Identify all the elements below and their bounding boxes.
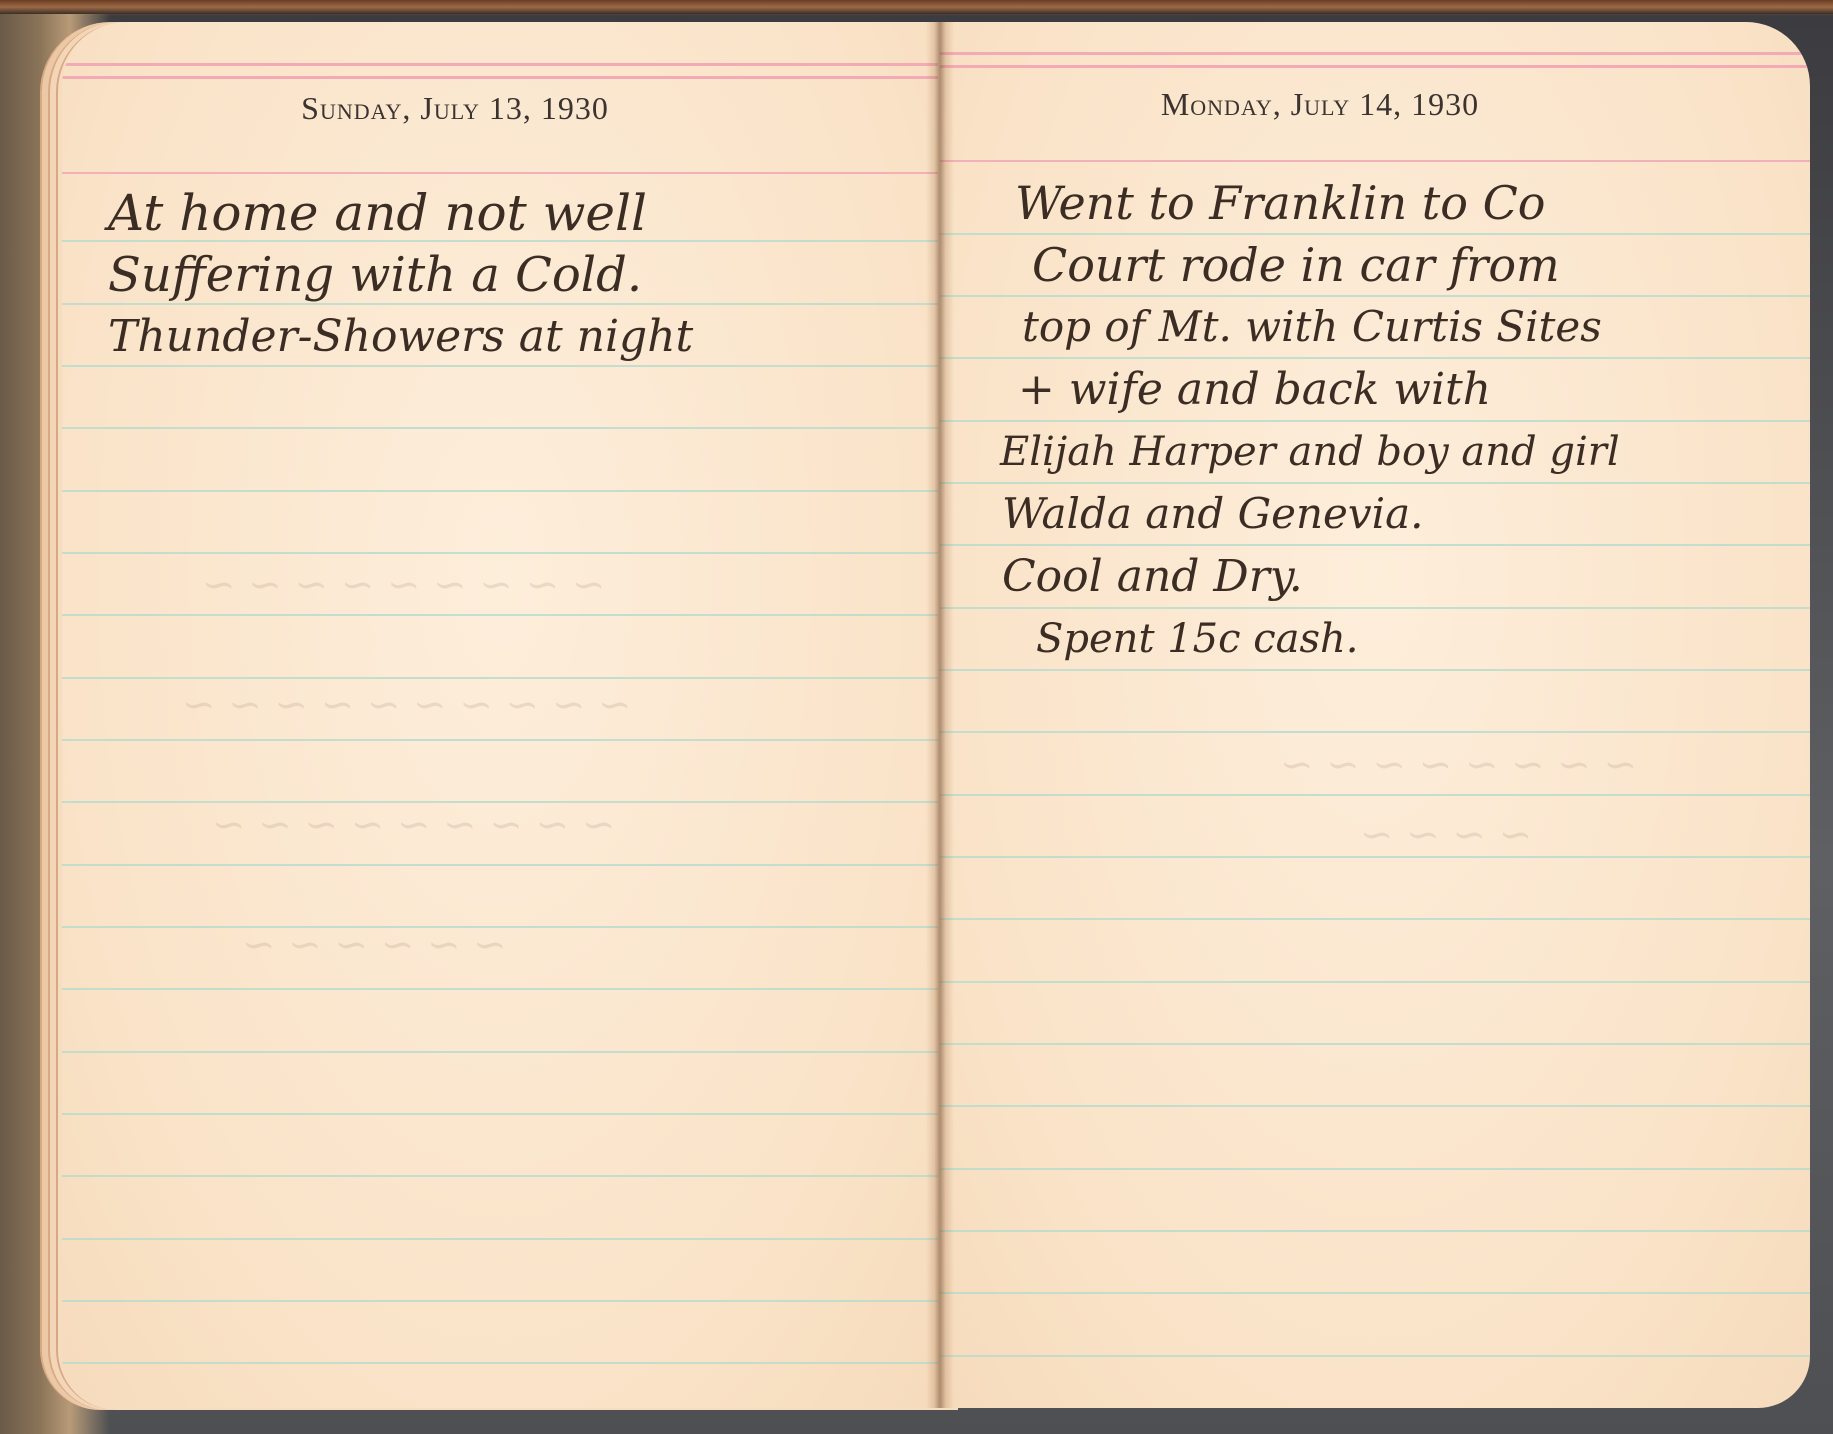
ruled-line	[940, 1105, 1810, 1107]
ruled-line	[940, 1043, 1810, 1045]
book-cover-edge	[0, 0, 1833, 14]
bleed-through-text: ~ ~ ~ ~ ~ ~ ~ ~ ~ ~	[182, 682, 632, 728]
bleed-through-text: ~ ~ ~ ~ ~ ~ ~ ~ ~	[212, 802, 615, 848]
ruled-line	[940, 794, 1810, 796]
header-double-rule	[62, 63, 938, 79]
entry-line: Went to Franklin to Co	[1015, 172, 1545, 234]
ruled-line	[62, 490, 938, 492]
header-rule	[940, 160, 1810, 162]
ruled-line	[940, 981, 1810, 983]
diary-page-right: Monday, July 14, 1930 ~ ~ ~ ~ ~ ~ ~ ~ ~ …	[940, 22, 1810, 1408]
bleed-through-text: ~ ~ ~ ~	[1360, 812, 1532, 858]
ruled-line	[62, 1238, 938, 1240]
ruled-line	[940, 1168, 1810, 1170]
ruled-line	[940, 1292, 1810, 1294]
ruled-line	[62, 427, 938, 429]
ruled-line	[62, 1175, 938, 1177]
ruled-line	[62, 1051, 938, 1053]
ruled-line	[940, 1355, 1810, 1357]
entry-line: + wife and back with	[1018, 359, 1491, 421]
entry-line: Court rode in car from	[1032, 234, 1560, 296]
ruled-line	[62, 677, 938, 679]
ruled-line	[62, 614, 938, 616]
ruled-line	[62, 1300, 938, 1302]
entry-line: At home and not well	[108, 182, 647, 244]
bleed-through-text: ~ ~ ~ ~ ~ ~ ~ ~	[1280, 742, 1637, 788]
bleed-through-text: ~ ~ ~ ~ ~ ~ ~ ~ ~	[202, 562, 605, 608]
ruled-line	[62, 739, 938, 741]
header-rule	[62, 172, 938, 174]
ruled-line	[940, 856, 1810, 858]
ruled-line	[940, 1230, 1810, 1232]
ruled-line	[62, 926, 938, 928]
bleed-through-text: ~ ~ ~ ~ ~ ~	[242, 922, 507, 968]
ruled-line	[62, 552, 938, 554]
entry-line: Walda and Genevia.	[1002, 483, 1423, 545]
ruled-line	[940, 731, 1810, 733]
header-double-rule	[940, 52, 1810, 68]
ruled-line	[62, 1113, 938, 1115]
ruled-line	[62, 1362, 938, 1364]
entry-line: Elijah Harper and boy and girl	[1000, 421, 1620, 483]
page-date-header: Sunday, July 13, 1930	[132, 90, 778, 127]
page-date-header: Monday, July 14, 1930	[980, 86, 1660, 123]
entry-line: Spent 15c cash.	[1036, 608, 1359, 670]
entry-line: Thunder-Showers at night	[108, 306, 693, 368]
entry-line: Cool and Dry.	[1002, 546, 1303, 608]
ruled-line	[62, 864, 938, 866]
entry-line: Suffering with a Cold.	[108, 244, 642, 306]
diary-page-left: Sunday, July 13, 1930 ~ ~ ~ ~ ~ ~ ~ ~ ~ …	[62, 22, 938, 1408]
ruled-line	[62, 801, 938, 803]
ruled-line	[940, 918, 1810, 920]
ruled-line	[62, 988, 938, 990]
entry-line: top of Mt. with Curtis Sites	[1022, 296, 1602, 358]
